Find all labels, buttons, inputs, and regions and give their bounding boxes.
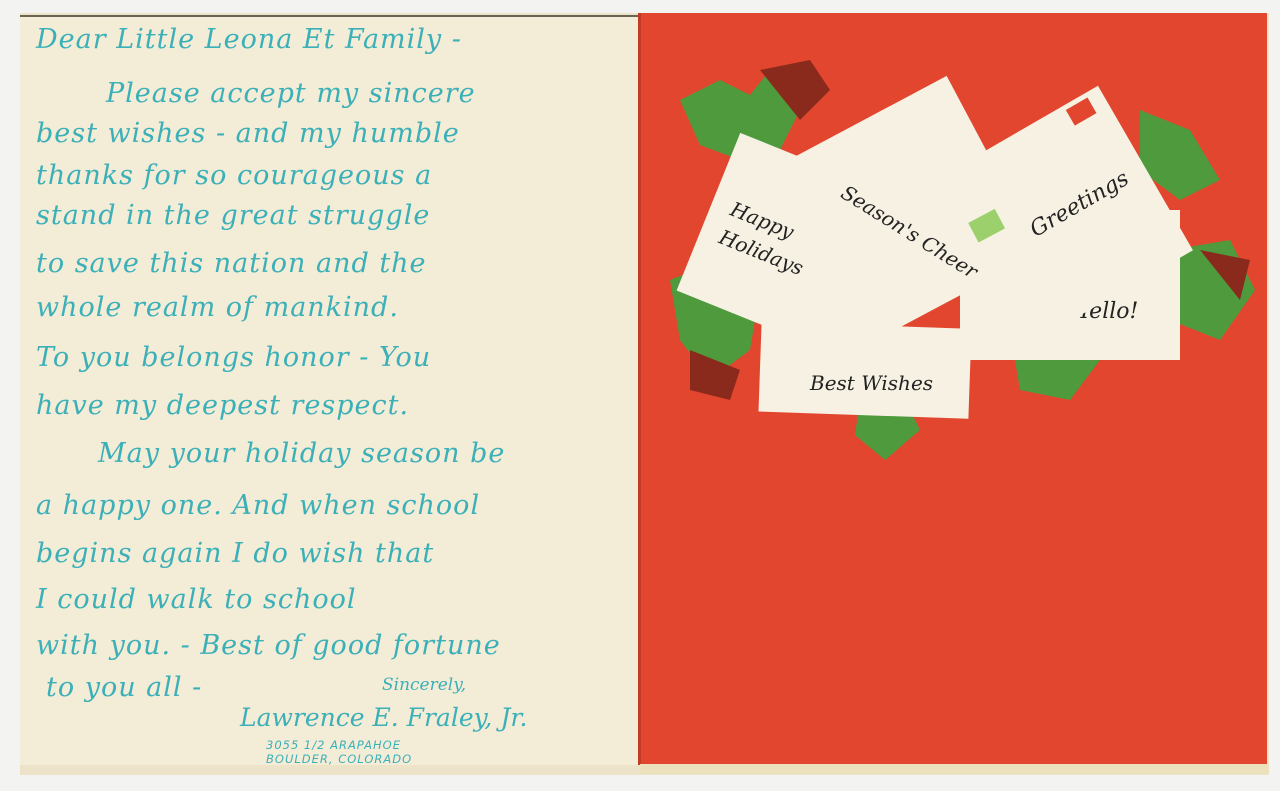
letter-line: May your holiday season be <box>98 438 505 469</box>
letter-line: thanks for so courageous a <box>36 160 432 191</box>
letter-line: To you belongs honor - You <box>36 342 431 373</box>
letter-closing: Sincerely, <box>382 675 466 695</box>
letter-line: best wishes - and my humble <box>36 118 460 149</box>
svg-text:Best Wishes: Best Wishes <box>809 371 933 395</box>
letter-line: to you all - <box>46 672 202 703</box>
card-bottom-edge <box>640 764 1269 774</box>
address-line-2: BOULDER, COLORADO <box>266 752 412 766</box>
letter-line: Please accept my sincere <box>106 78 476 109</box>
letter-line: have my deepest respect. <box>36 390 409 421</box>
letter-line: stand in the great struggle <box>36 200 430 231</box>
letter-line: whole realm of mankind. <box>36 292 399 323</box>
letter-line: begins again I do wish that <box>36 538 434 569</box>
letter-line: a happy one. And when school <box>36 490 480 521</box>
letter-line: to save this nation and the <box>36 248 427 279</box>
letter-signature: Lawrence E. Fraley, Jr. <box>240 703 528 732</box>
letter-greeting: Dear Little Leona Et Family - <box>36 24 462 55</box>
letter-line: with you. - Best of good fortune <box>36 630 501 661</box>
envelopes-holly-illustration: Best Wishes Hello! Greetings Happy Holid… <box>660 50 1260 470</box>
card-fold <box>638 13 641 765</box>
address-line-1: 3055 1/2 ARAPAHOE <box>266 738 401 752</box>
letter-line: I could walk to school <box>36 584 357 615</box>
